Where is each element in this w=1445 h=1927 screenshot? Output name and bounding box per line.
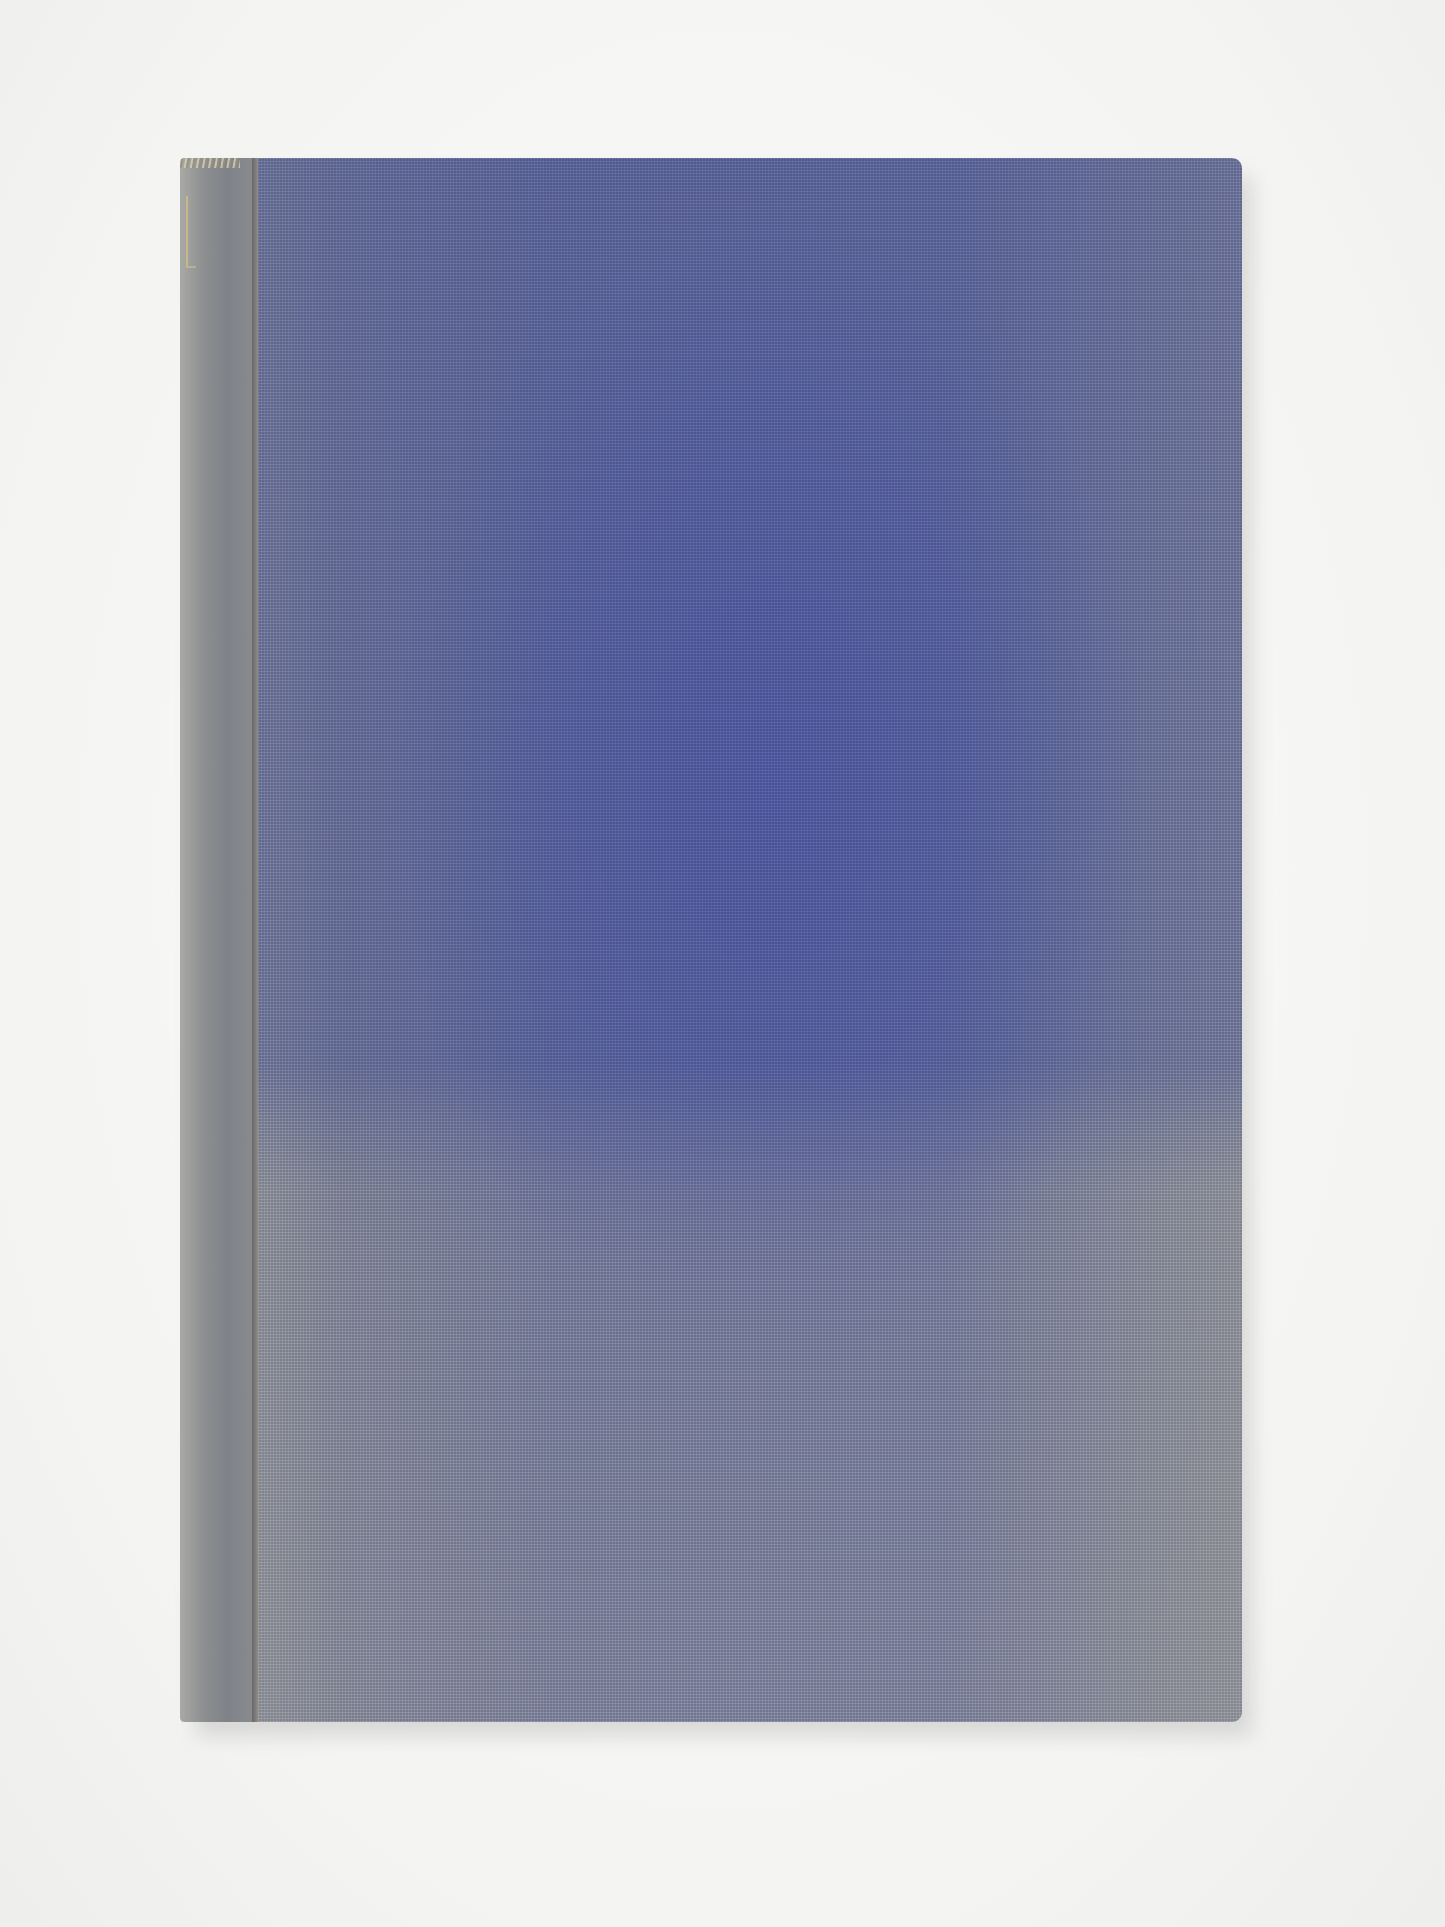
sun-faded-region: [258, 1065, 1242, 1722]
frayed-spine-head: [180, 158, 240, 168]
book-spine: [180, 158, 258, 1722]
spine-gilt-trace: [186, 196, 196, 268]
front-cover-board: [258, 158, 1242, 1722]
book: [180, 158, 1242, 1722]
cloth-weave-texture: [258, 158, 1242, 1722]
